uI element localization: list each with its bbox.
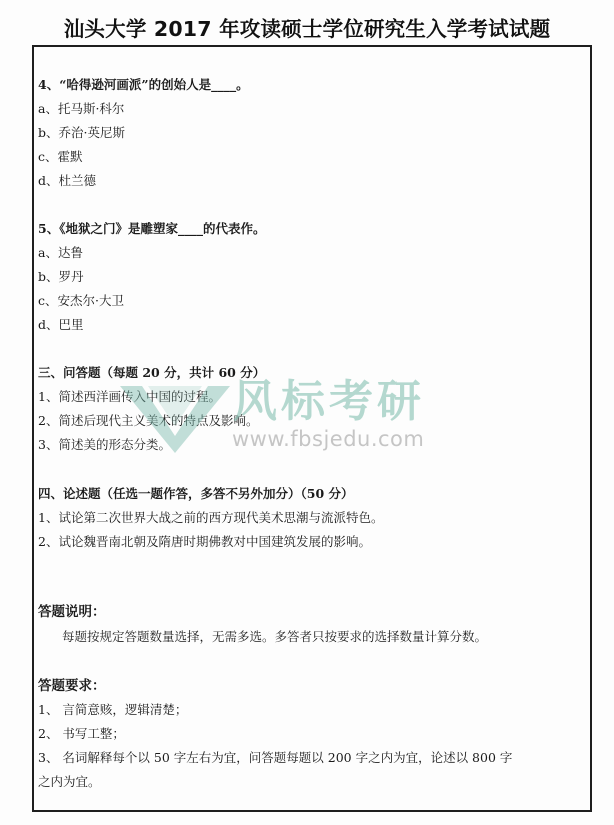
question-4-stem: 4、“哈得逊河画派”的创始人是____。 — [38, 77, 249, 93]
instructions-text: 每题按规定答题数量选择，无需多选。多答者只按要求的选择数量计算分数。 — [62, 629, 487, 645]
requirement-3-continued: 之内为宜。 — [38, 774, 101, 790]
section-4-item-1: 1、试论第二次世界大战之前的西方现代美术思潮与流派特色。 — [38, 510, 383, 526]
question-4-option-b: b、乔治·英尼斯 — [38, 125, 125, 141]
requirement-3: 3、 名词解释每个以 50 字左右为宜，问答题每题以 200 字之内为宜，论述以… — [38, 750, 512, 766]
section-4-item-2: 2、试论魏晋南北朝及隋唐时期佛教对中国建筑发展的影响。 — [38, 534, 371, 550]
section-3-item-1: 1、简述西洋画传入中国的过程。 — [38, 389, 221, 405]
requirement-1: 1、 言简意赅，逻辑清楚； — [38, 702, 187, 718]
section-3-item-3: 3、简述美的形态分类。 — [38, 437, 171, 453]
exam-title: 汕头大学 2017 年攻读硕士学位研究生入学考试试题 — [0, 12, 614, 42]
section-3-item-2: 2、简述后现代主义美术的特点及影响。 — [38, 413, 258, 429]
question-5-option-d: d、巴里 — [38, 317, 84, 333]
question-4-option-d: d、杜兰德 — [38, 173, 96, 189]
question-5-stem: 5、《地狱之门》是雕塑家____的代表作。 — [38, 221, 265, 237]
requirement-2: 2、 书写工整； — [38, 726, 125, 742]
instructions-heading: 答题说明： — [38, 604, 106, 620]
question-5-option-c: c、安杰尔·大卫 — [38, 293, 124, 309]
section-3-heading: 三、问答题（每题 20 分，共计 60 分） — [38, 365, 265, 381]
section-4-heading: 四、论述题（任选一题作答，多答不另外加分）（50 分） — [38, 486, 354, 502]
requirements-heading: 答题要求： — [38, 678, 106, 694]
question-4-option-c: c、霍默 — [38, 149, 83, 165]
question-5-option-b: b、罗丹 — [38, 269, 84, 285]
question-5-option-a: a、达鲁 — [38, 245, 83, 261]
question-4-option-a: a、托马斯·科尔 — [38, 101, 124, 117]
